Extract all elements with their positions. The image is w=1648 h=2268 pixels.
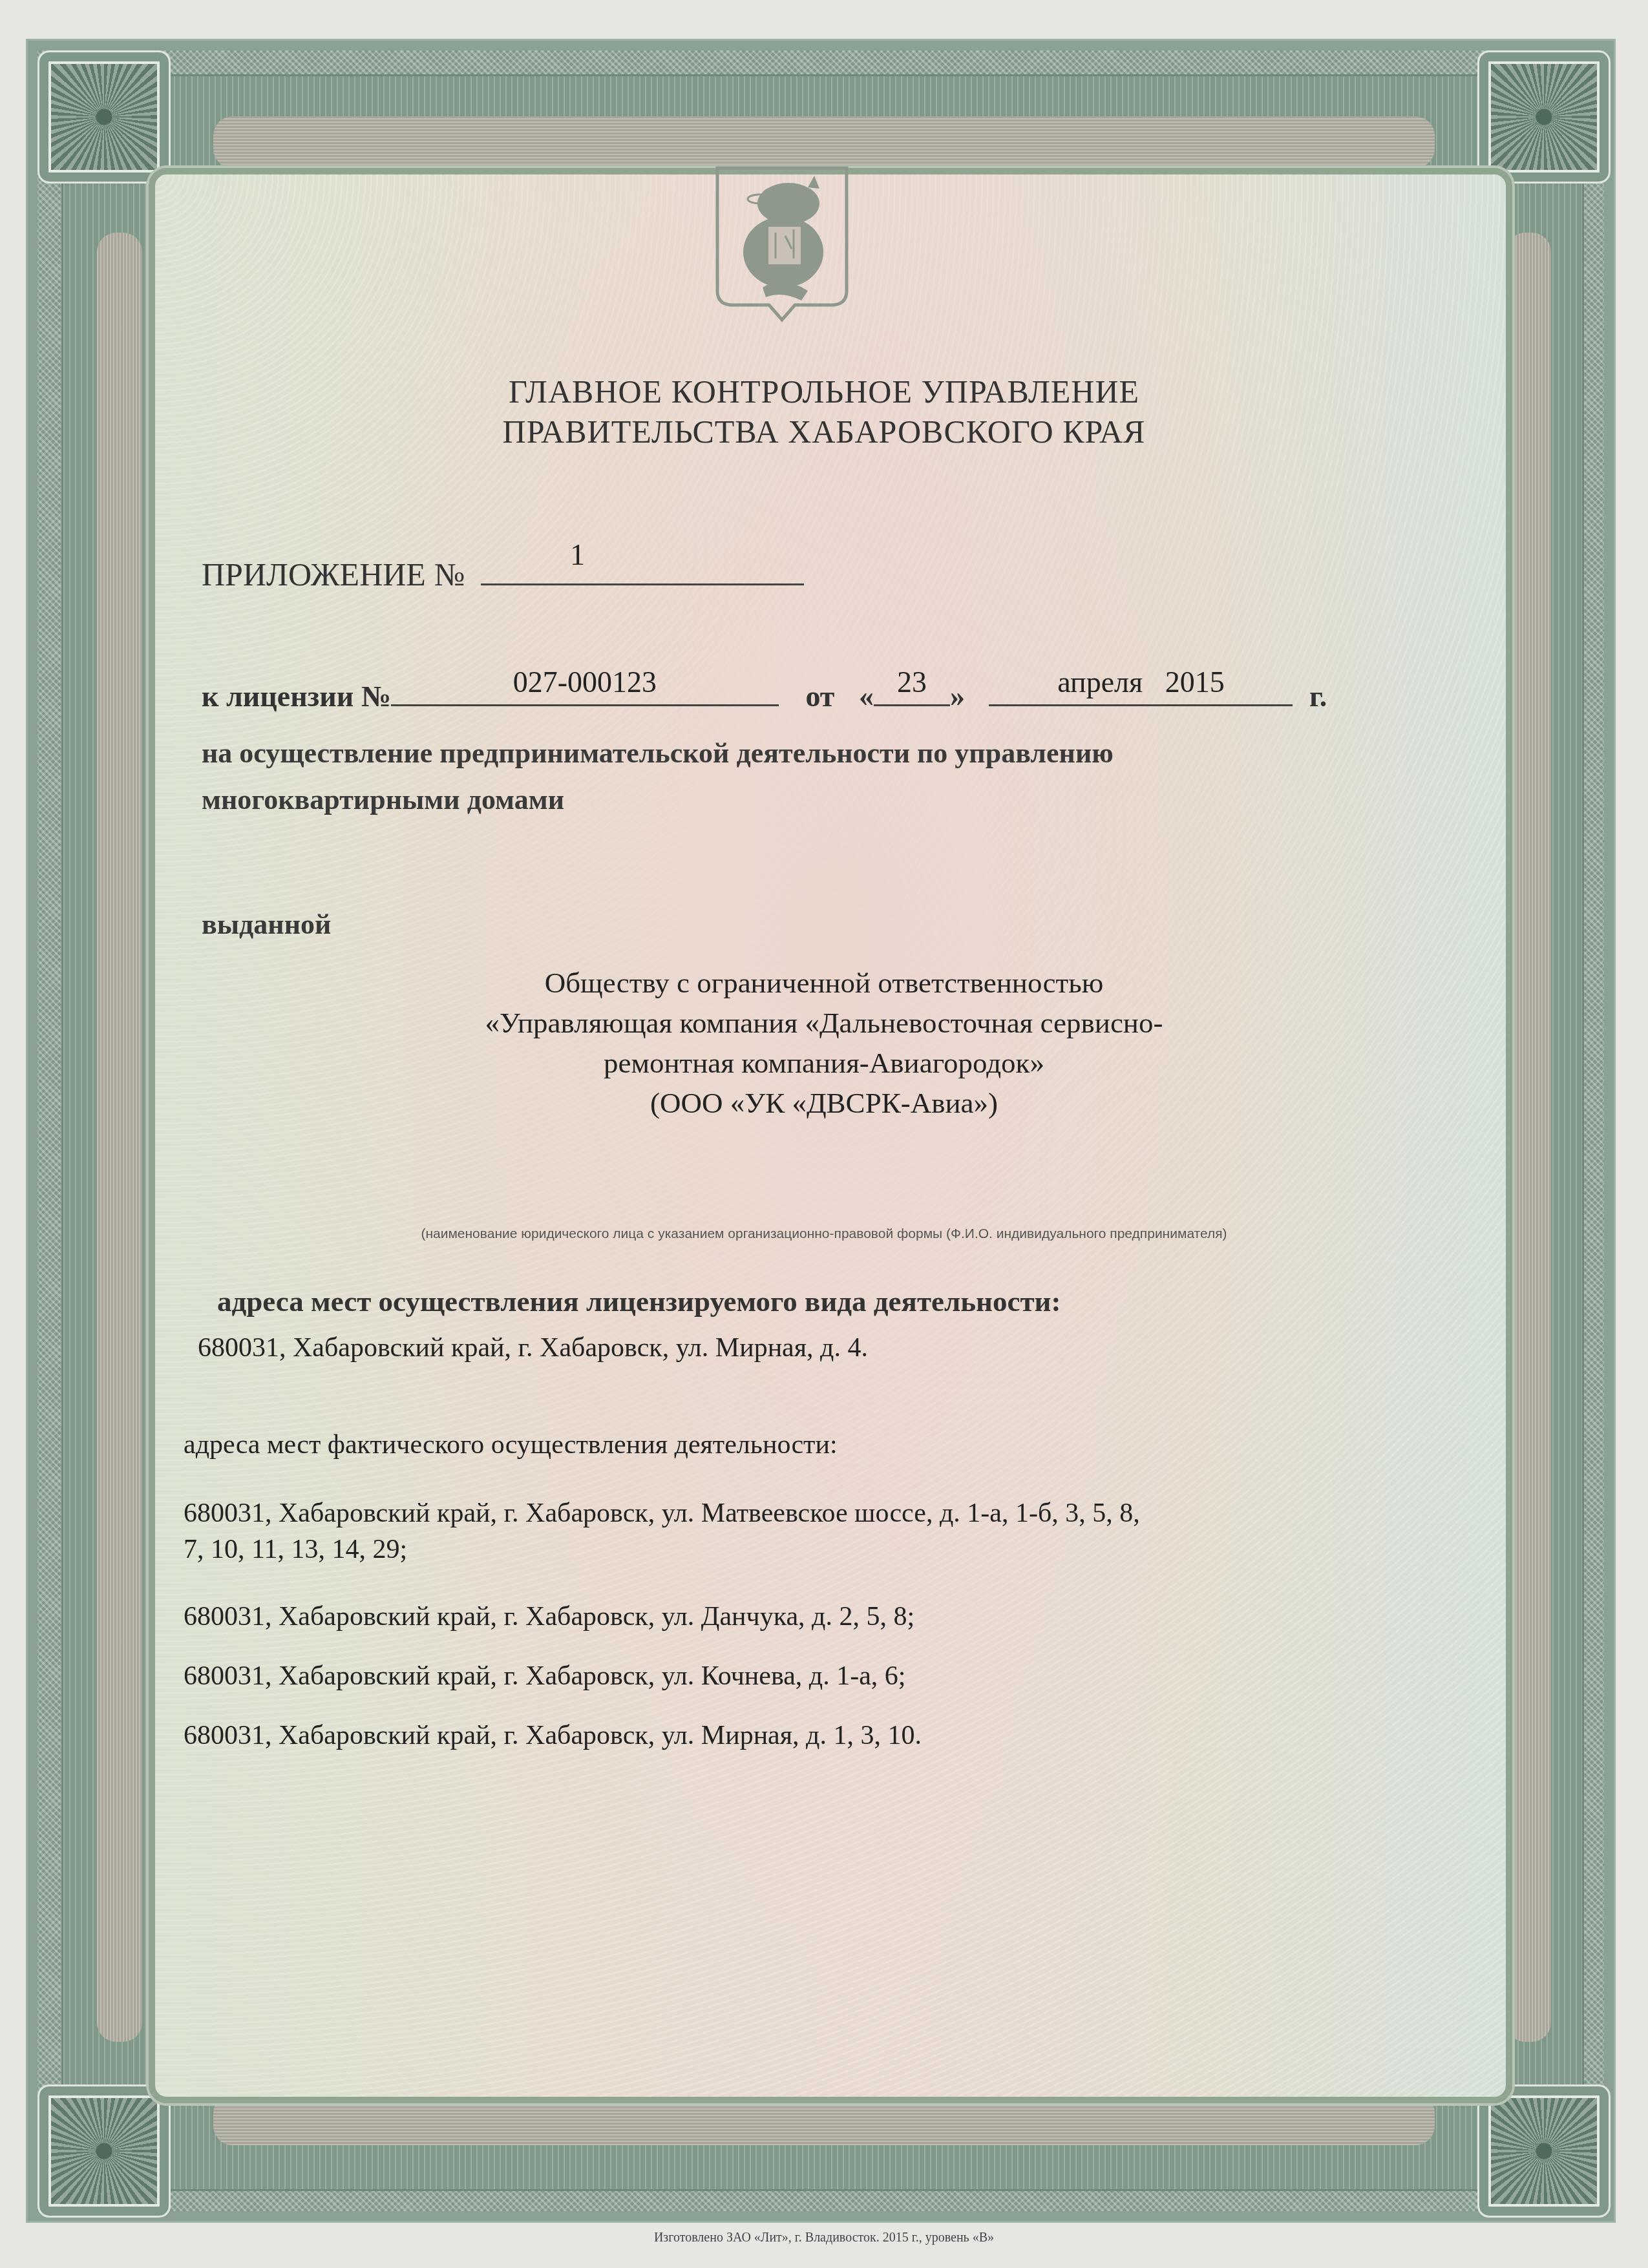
- appendix-row: ПРИЛОЖЕНИЕ № 1: [202, 556, 804, 593]
- corner-rosette-icon: [37, 50, 171, 184]
- border-stripe-left: [97, 233, 142, 2042]
- corner-rosette-icon: [1477, 50, 1611, 184]
- date-from-label: от: [805, 680, 834, 713]
- date-month-year-field: апреля 2015: [989, 678, 1293, 706]
- licensed-address: 680031, Хабаровский край, г. Хабаровск, …: [198, 1332, 868, 1363]
- activity-line-2: многоквартирными домами: [202, 783, 564, 816]
- border-stripe-top: [213, 116, 1435, 168]
- appendix-number: 1: [352, 538, 804, 572]
- printer-note: Изготовлено ЗАО «Лит», г. Владивосток. 2…: [0, 2231, 1648, 2245]
- license-number: 027-000123: [391, 665, 779, 699]
- actual-address-item: 680031, Хабаровский край, г. Хабаровск, …: [184, 1498, 1140, 1529]
- date-day-field: 23: [874, 678, 950, 706]
- license-row: к лицензии №027-000123 от «23» апреля 20…: [202, 678, 1327, 713]
- license-number-field: 027-000123: [391, 678, 779, 706]
- licensee-line-2: «Управляющая компания «Дальневосточная с…: [0, 1003, 1648, 1043]
- licensee-caption: (наименование юридического лица с указан…: [0, 1226, 1648, 1242]
- actual-address-item: 680031, Хабаровский край, г. Хабаровск, …: [184, 1661, 905, 1692]
- licensed-address-title: адреса мест осуществления лицензируемого…: [217, 1285, 1061, 1318]
- date-month-year: апреля 2015: [989, 665, 1293, 699]
- coat-of-arms-bear-icon: [711, 162, 853, 323]
- authority-line-1: ГЛАВНОЕ КОНТРОЛЬНОЕ УПРАВЛЕНИЕ: [0, 372, 1648, 412]
- border-stripe-right: [1506, 233, 1551, 2042]
- year-suffix: г.: [1309, 680, 1327, 713]
- actual-address-item: 680031, Хабаровский край, г. Хабаровск, …: [184, 1601, 914, 1632]
- date-day: 23: [874, 665, 950, 699]
- actual-address-item: 7, 10, 11, 13, 14, 29;: [184, 1534, 407, 1565]
- actual-address-item: 680031, Хабаровский край, г. Хабаровск, …: [184, 1720, 922, 1751]
- quote-open: «: [859, 680, 874, 713]
- document-paper: [149, 168, 1512, 2103]
- licensee-name: Обществу с ограниченной ответственностью…: [0, 963, 1648, 1123]
- appendix-number-field: 1: [481, 558, 804, 585]
- activity-line-1: на осуществление предпринимательской дея…: [202, 737, 1114, 770]
- licensee-line-1: Обществу с ограниченной ответственностью: [0, 963, 1648, 1003]
- actual-addresses-title: адреса мест фактического осуществления д…: [184, 1429, 838, 1460]
- license-label: к лицензии №: [202, 680, 391, 713]
- issued-label: выданной: [202, 908, 331, 941]
- licensee-line-3: ремонтная компания-Авиагородок»: [0, 1043, 1648, 1083]
- corner-rosette-icon: [1477, 2084, 1611, 2218]
- corner-rosette-icon: [37, 2084, 171, 2218]
- authority-line-2: ПРАВИТЕЛЬСТВА ХАБАРОВСКОГО КРАЯ: [0, 412, 1648, 452]
- quote-close: »: [950, 680, 965, 713]
- licensee-line-4: (ООО «УК «ДВСРК-Авиа»): [0, 1083, 1648, 1123]
- issuing-authority: ГЛАВНОЕ КОНТРОЛЬНОЕ УПРАВЛЕНИЕ ПРАВИТЕЛЬ…: [0, 372, 1648, 452]
